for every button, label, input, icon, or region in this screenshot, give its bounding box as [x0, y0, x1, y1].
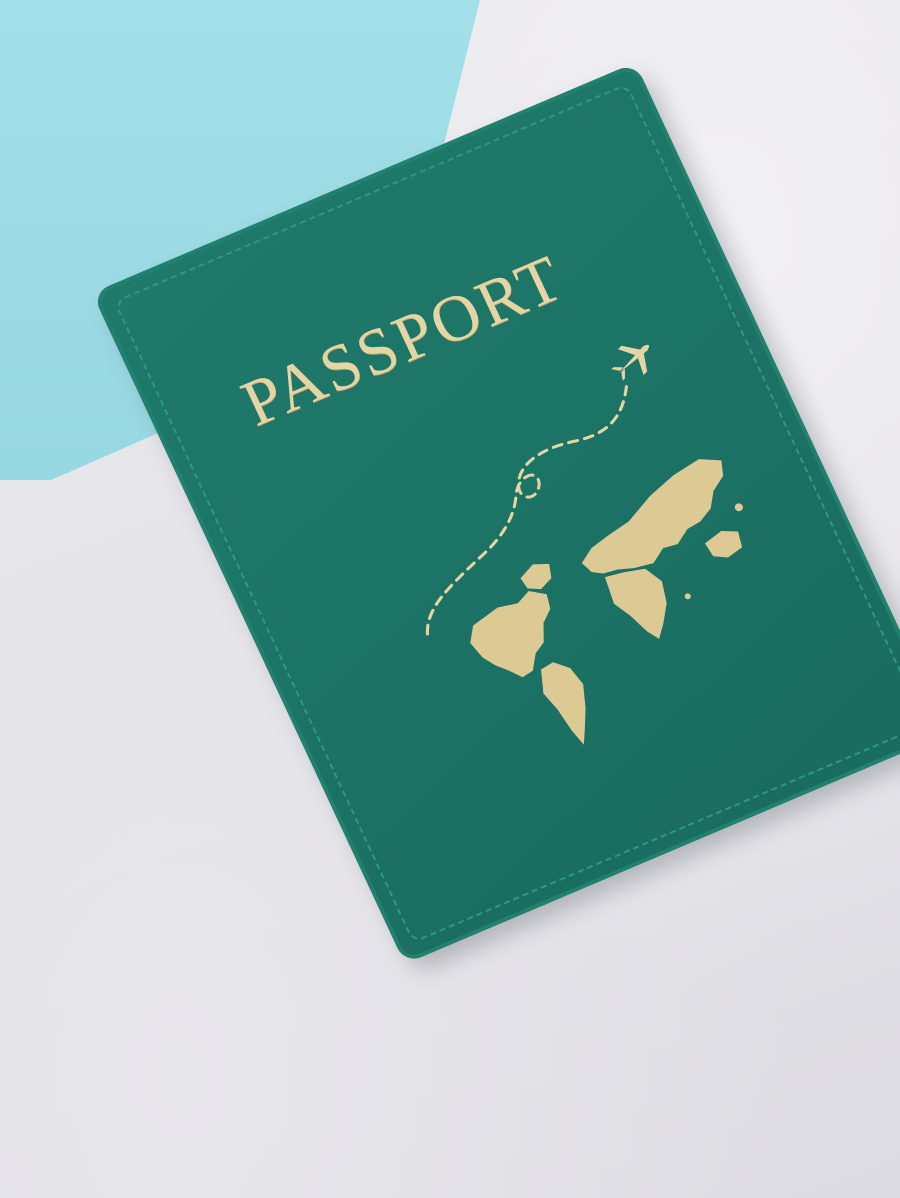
airplane-icon — [604, 332, 661, 388]
world-map — [436, 451, 809, 768]
product-photo: PASSPORT — [0, 0, 900, 1198]
